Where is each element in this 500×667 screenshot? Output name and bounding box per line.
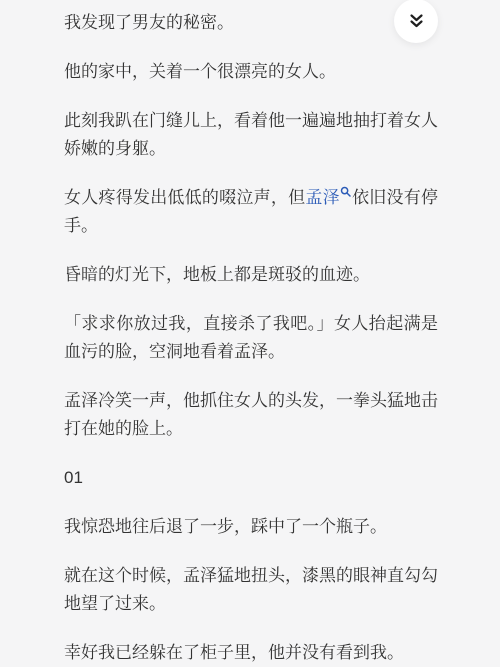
paragraph: 幸好我已经躲在了柜子里，他并没有看到我。 bbox=[64, 639, 438, 667]
entity-link-mengze[interactable]: 孟泽 bbox=[305, 188, 339, 207]
paragraph: 就在这个时候，孟泽猛地扭头，漆黑的眼神直勾勾地望了过来。 bbox=[64, 562, 438, 618]
paragraph: 我发现了男友的秘密。 bbox=[64, 9, 438, 37]
paragraph: 孟泽冷笑一声，他抓住女人的头发，一拳头猛地击打在她的脸上。 bbox=[64, 387, 438, 443]
search-icon[interactable] bbox=[340, 186, 351, 197]
double-chevron-down-icon bbox=[409, 13, 424, 29]
collapse-button[interactable] bbox=[394, 0, 438, 43]
paragraph-text-before: 女人疼得发出低低的啜泣声，但 bbox=[64, 188, 305, 207]
paragraph: 我惊恐地往后退了一步，踩中了一个瓶子。 bbox=[64, 513, 438, 541]
paragraph: 昏暗的灯光下，地板上都是斑驳的血迹。 bbox=[64, 261, 438, 289]
paragraph: 此刻我趴在门缝儿上，看着他一遍遍地抽打着女人娇嫩的身躯。 bbox=[64, 107, 438, 163]
novel-reader-content: 我发现了男友的秘密。 他的家中，关着一个很漂亮的女人。 此刻我趴在门缝儿上，看着… bbox=[0, 0, 500, 667]
paragraph: 「求求你放过我，直接杀了我吧。」女人抬起满是血污的脸，空洞地看着孟泽。 bbox=[64, 310, 438, 366]
paragraph: 他的家中，关着一个很漂亮的女人。 bbox=[64, 58, 438, 86]
paragraph-with-entity-link: 女人疼得发出低低的啜泣声，但孟泽依旧没有停手。 bbox=[64, 184, 438, 240]
chapter-number: 01 bbox=[64, 464, 438, 492]
